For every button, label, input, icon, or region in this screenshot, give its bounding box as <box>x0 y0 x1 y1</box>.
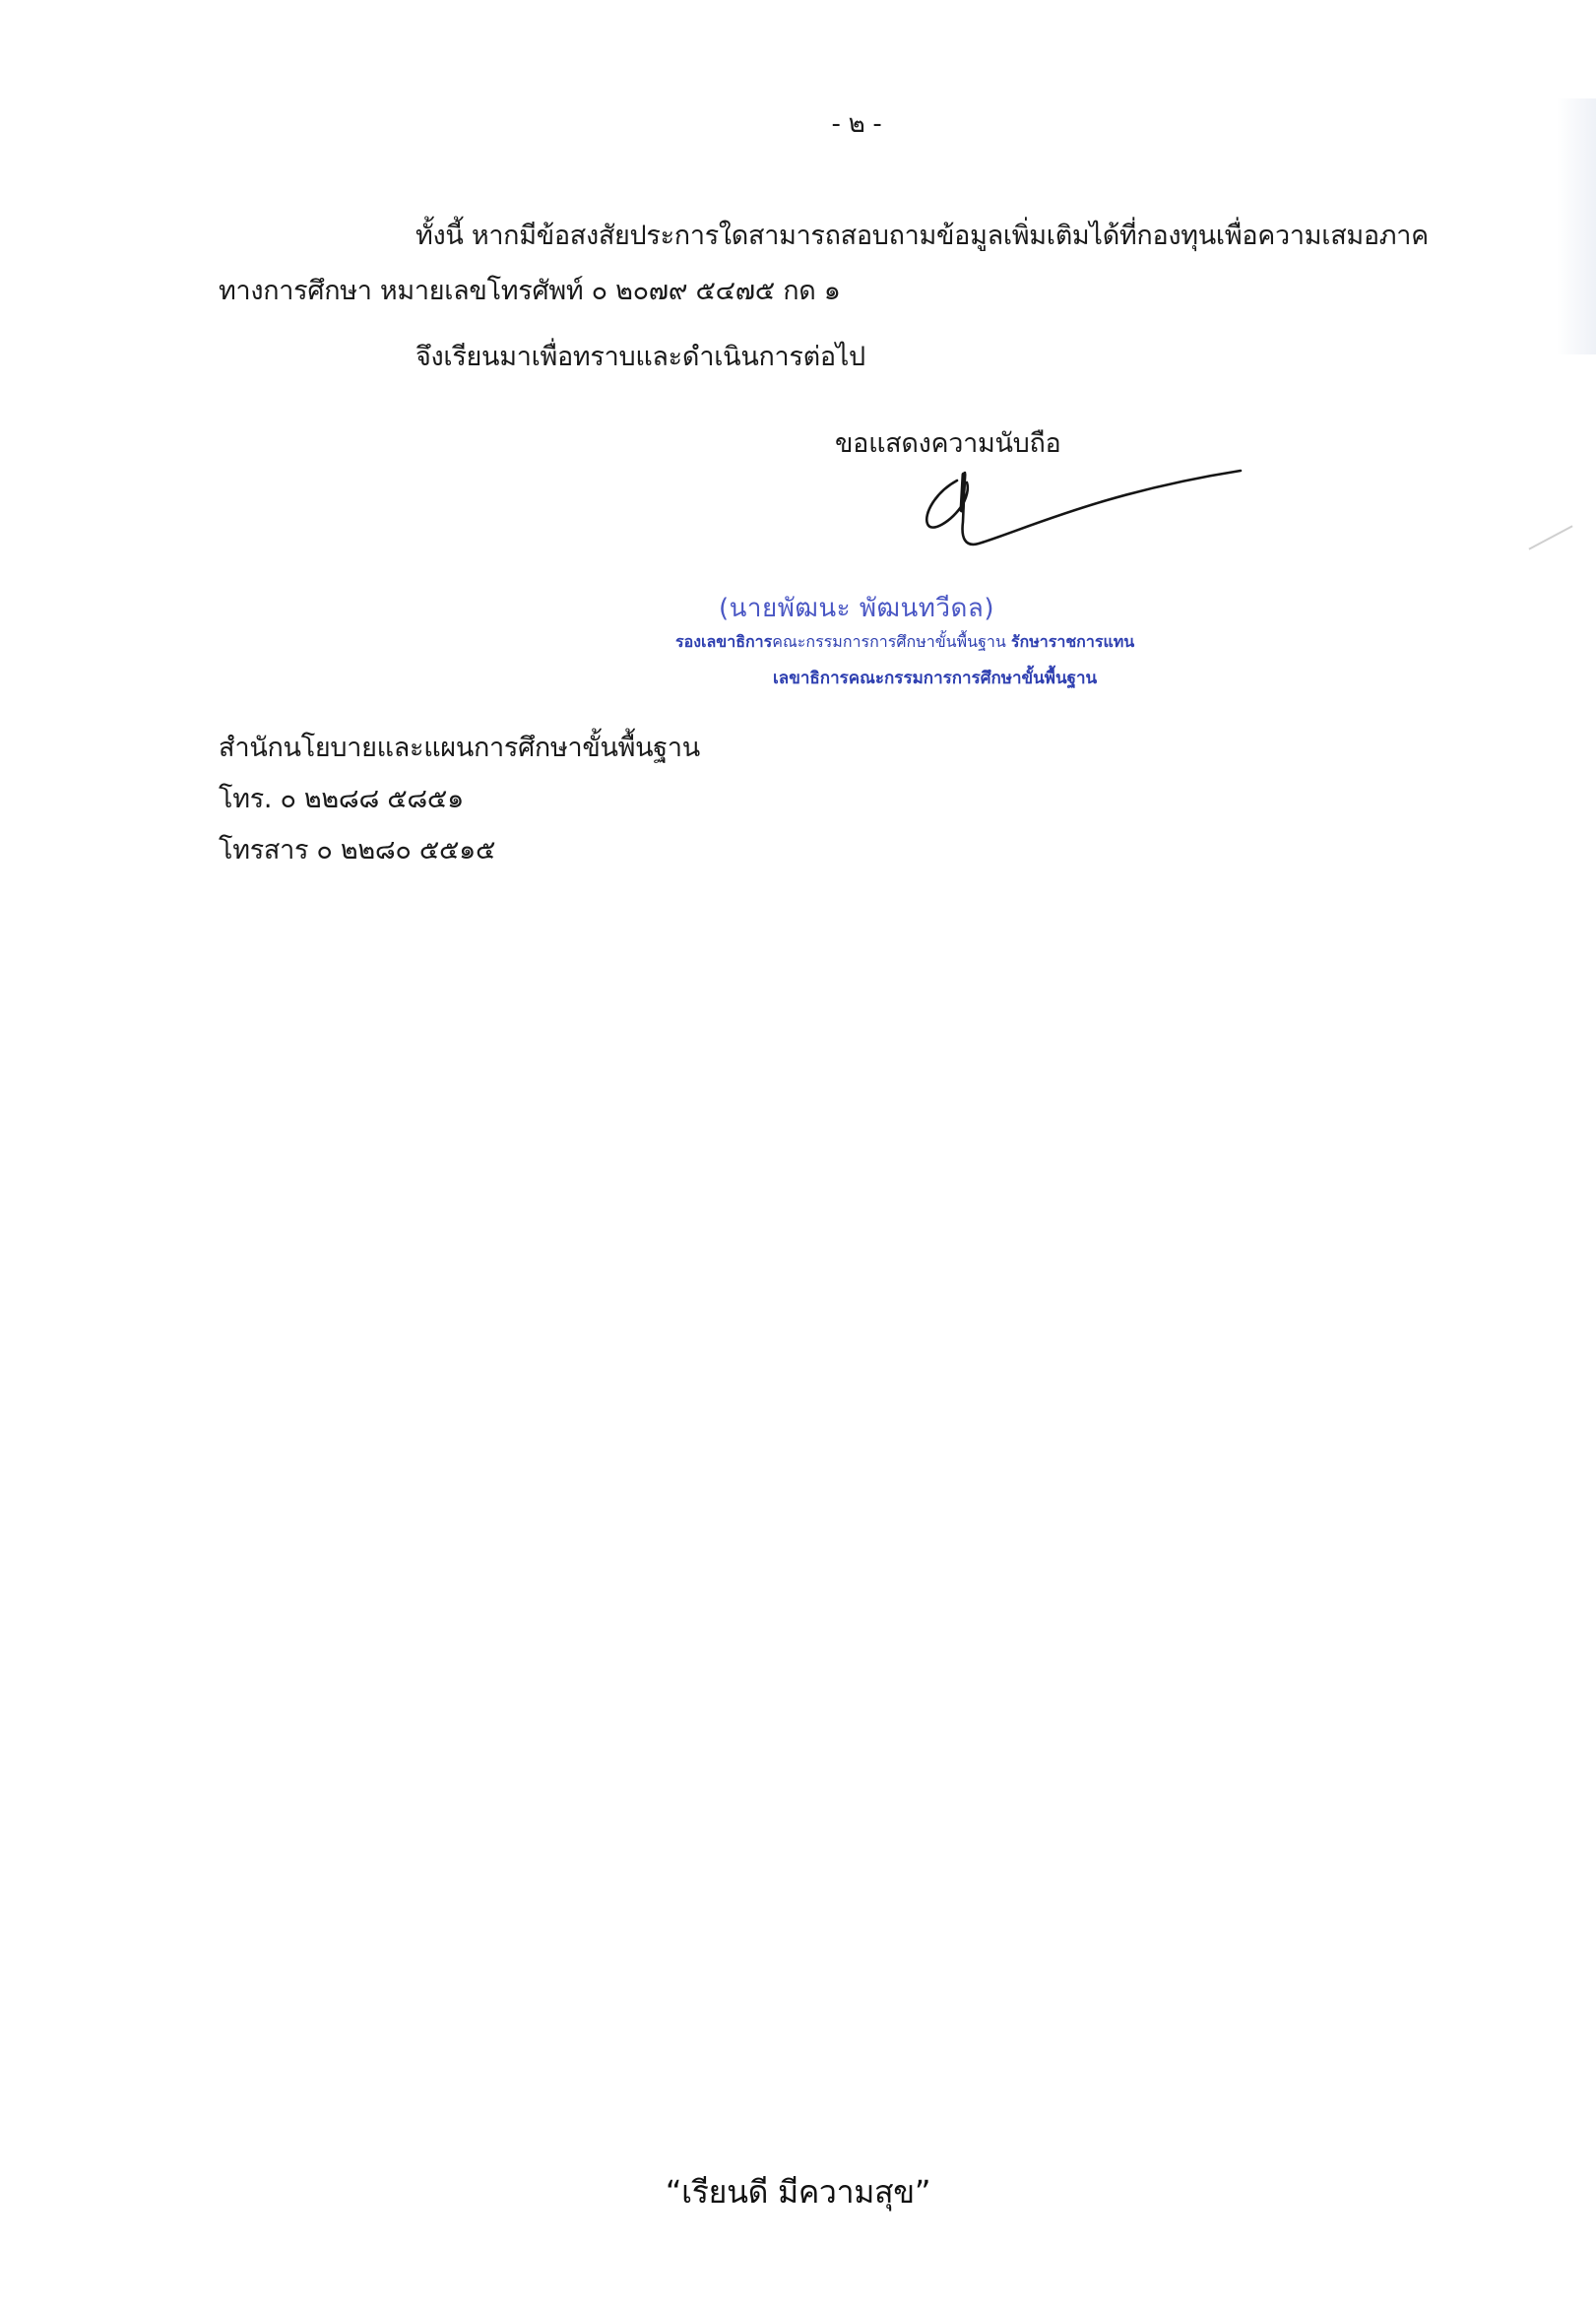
position-title-acting: รักษาราชการแทน <box>1011 632 1134 651</box>
position-title-bold: รองเลขาธิการ <box>675 632 772 651</box>
office-fax: โทรสาร ๐ ๒๒๘๐ ๕๕๑๕ <box>219 837 495 864</box>
body-paragraph-1-line-2: ทางการศึกษา หมายเลขโทรศัพท์ ๐ ๒๐๗๙ ๕๔๗๕ … <box>219 278 841 304</box>
office-telephone: โทร. ๐ ๒๒๘๘ ๕๘๕๑ <box>219 786 464 812</box>
scan-edge-shadow <box>1557 98 1596 354</box>
signatory-position-stamp-line-1: รองเลขาธิการคณะกรรมการการศึกษาขั้นพื้นฐา… <box>675 630 1134 655</box>
signature-icon <box>906 453 1260 561</box>
position-title-org: คณะกรรมการการศึกษาขั้นพื้นฐาน <box>772 632 1011 651</box>
footer-motto: “เรียนดี มีความสุข” <box>0 2176 1596 2208</box>
body-paragraph-2: จึงเรียนมาเพื่อทราบและดำเนินการต่อไป <box>415 344 865 370</box>
scan-mark <box>1528 525 1572 549</box>
issuing-office: สำนักนโยบายและแผนการศึกษาขั้นพื้นฐาน <box>219 735 700 761</box>
body-paragraph-1-line-1: ทั้งนี้ หากมีข้อสงสัยประการใดสามารถสอบถา… <box>415 223 1429 249</box>
signatory-name-stamp: (นายพัฒนะ พัฒนทวีดล) <box>0 588 1596 628</box>
signatory-position-stamp-line-2: เลขาธิการคณะกรรมการการศึกษาขั้นพื้นฐาน <box>773 665 1097 691</box>
page-number: - ๒ - <box>0 111 1596 137</box>
